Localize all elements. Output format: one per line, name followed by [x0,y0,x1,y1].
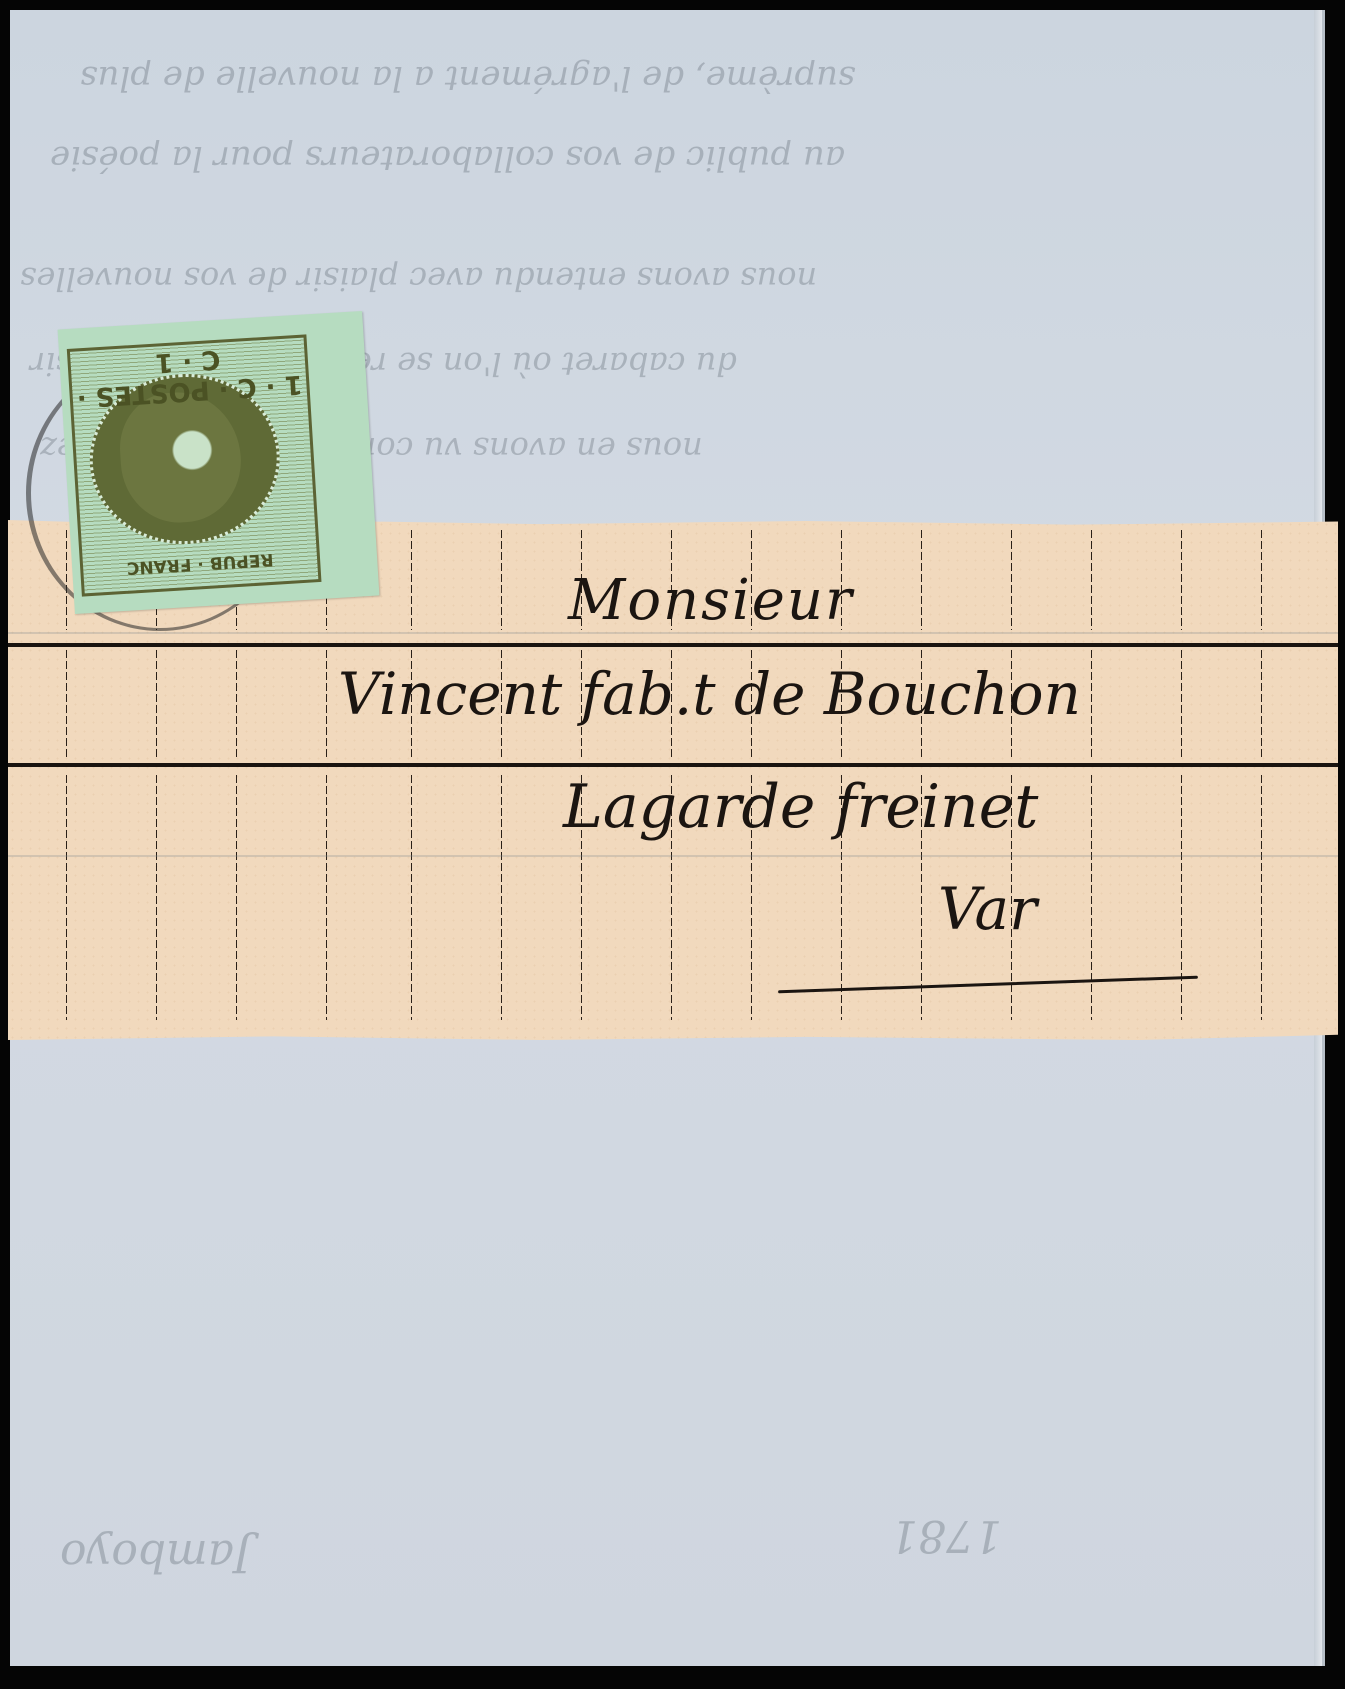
address-line-2: Vincent fab.t de Bouchon [338,660,1081,728]
column-line [1181,775,1182,1020]
column-line [1181,650,1182,760]
column-line [921,530,922,630]
column-line [1261,650,1262,760]
band-rule [8,643,1338,647]
faint-rule [8,855,1338,857]
bleed-through-number: 1781 [890,1510,1002,1561]
column-line [1011,530,1012,630]
postage-stamp: 1 · C · POSTES · C · 1 REPUB · FRANC [58,311,380,614]
column-line [411,530,412,630]
column-line [501,530,502,630]
column-line [326,650,327,760]
column-line [1261,775,1262,1020]
column-line [1261,530,1262,630]
bleed-through-line: nous avons entendu avec plaisir de vos n… [20,260,817,298]
column-line [156,775,157,1020]
column-line [1091,530,1092,630]
column-line [501,775,502,1020]
column-line [1181,530,1182,630]
column-line [236,650,237,760]
column-line [66,650,67,760]
column-line [66,775,67,1020]
column-line [1091,775,1092,1020]
address-line-1: Monsieur [568,568,854,633]
column-line [156,650,157,760]
bleed-through-line: suprème, de l'agrément a la nouvelle de … [80,58,856,98]
bleed-through-line: au public de vos collaborateurs pour la … [50,138,845,178]
column-line [236,775,237,1020]
band-rule [8,763,1338,767]
column-line [326,775,327,1020]
column-line [1091,650,1092,760]
address-line-4: Var [938,875,1037,943]
bleed-through-signature: Jamboyo [60,1530,252,1581]
address-line-3: Lagarde freinet [563,772,1038,842]
column-line [411,775,412,1020]
